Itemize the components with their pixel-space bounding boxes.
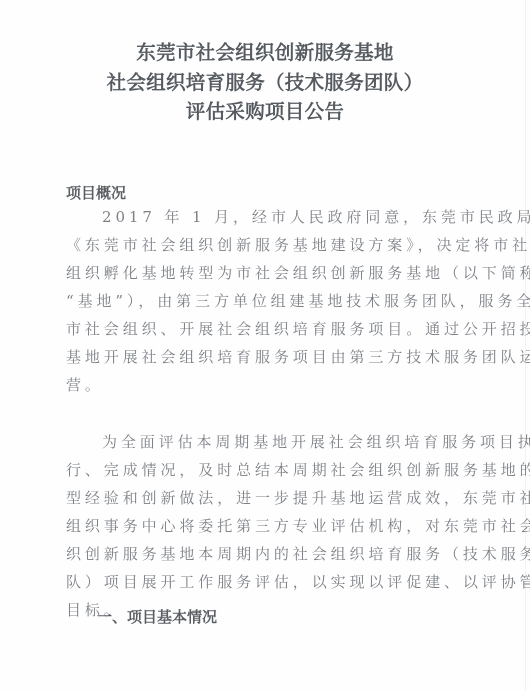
paragraph-line: 行、完成情况，及时总结本周期社会组织创新服务基地的典 <box>66 456 446 484</box>
paragraph-line: 组织事务中心将委托第三方专业评估机构，对东莞市社会组 <box>66 512 446 540</box>
section-heading-overview: 项目概况 <box>66 183 126 203</box>
title-line-1: 东莞市社会组织创新服务基地 <box>0 38 530 68</box>
paragraph-line: 2017 年 1 月，经市人民政府同意，东莞市民政局印发了 <box>66 203 446 231</box>
title-line-2: 社会组织培育服务（技术服务团队） <box>0 68 530 98</box>
paragraph-line: 《东莞市社会组织创新服务基地建设方案》，决定将市社会 <box>66 231 446 259</box>
paragraph-line: 组织孵化基地转型为市社会组织创新服务基地（以下简称 <box>66 259 446 287</box>
document-page: 东莞市社会组织创新服务基地 社会组织培育服务（技术服务团队） 评估采购项目公告 … <box>0 0 530 691</box>
paragraph-line: 市社会组织、开展社会组织培育服务项目。通过公开招投标， <box>66 315 446 343</box>
paragraph-line: 基地开展社会组织培育服务项目由第三方技术服务团队运 <box>66 343 446 371</box>
paragraph-2: 为全面评估本周期基地开展社会组织培育服务项目执 行、完成情况，及时总结本周期社会… <box>66 428 446 624</box>
paragraph-line: 型经验和创新做法，进一步提升基地运营成效，东莞市社会 <box>66 484 446 512</box>
paragraph-line: 为全面评估本周期基地开展社会组织培育服务项目执 <box>66 428 446 456</box>
document-title: 东莞市社会组织创新服务基地 社会组织培育服务（技术服务团队） 评估采购项目公告 <box>0 38 530 127</box>
paragraph-1: 2017 年 1 月，经市人民政府同意，东莞市民政局印发了 《东莞市社会组织创新… <box>66 203 446 399</box>
paragraph-line: 营。 <box>66 371 446 399</box>
title-line-3: 评估采购项目公告 <box>0 97 530 127</box>
paragraph-line: 队）项目展开工作服务评估，以实现以评促建、以评协管的 <box>66 568 446 596</box>
section-heading-basic-info: 一、项目基本情况 <box>97 607 217 627</box>
paragraph-line: 织创新服务基地本周期内的社会组织培育服务（技术服务团 <box>66 540 446 568</box>
paragraph-line: “基地”），由第三方单位组建基地技术服务团队，服务全 <box>66 287 446 315</box>
